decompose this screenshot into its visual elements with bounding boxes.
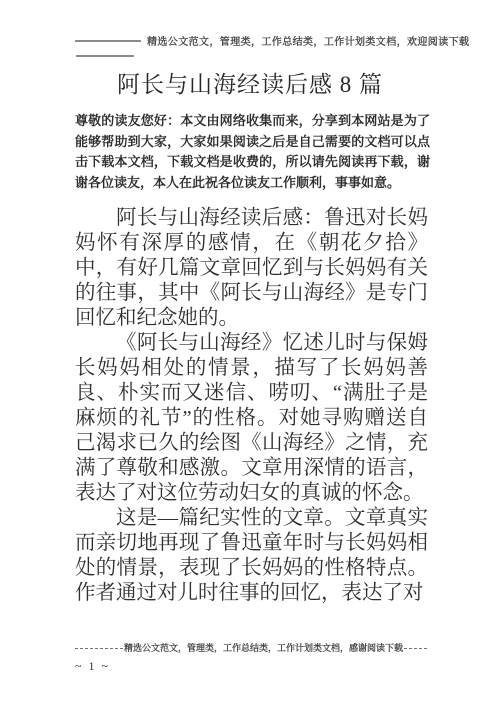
body-paragraph-3: 这是—篇纪实性的文章。文章真实而亲切地再现了鲁迅童年时与长妈妈相处的情景，表现了… [75, 506, 428, 606]
document-page: 精选公文范文，管理类，工作总结类，工作计划类文档，欢迎阅读下载 阿长与山海经读后… [0, 0, 500, 707]
header-text: 精选公文范文，管理类，工作总结类，工作计划类文档，欢迎阅读下载 [147, 33, 469, 48]
header-rule-top [75, 40, 141, 42]
page-number: ~ 1 ~ [75, 659, 427, 674]
document-body: 阿长与山海经读后感：鲁迅对长妈妈怀有深厚的感情，在《朝花夕拾》中，有好几篇文章回… [75, 206, 428, 606]
page-footer: 精选公文范文，管理类，工作总结类，工作计划类文档，感谢阅读下载 ~ 1 ~ [75, 641, 427, 674]
footer-row: 精选公文范文，管理类，工作总结类，工作计划类文档，感谢阅读下载 [75, 641, 427, 654]
footer-text: 精选公文范文，管理类，工作总结类，工作计划类文档，感谢阅读下载 [123, 641, 404, 654]
body-paragraph-1: 阿长与山海经读后感：鲁迅对长妈妈怀有深厚的感情，在《朝花夕拾》中，有好几篇文章回… [75, 206, 428, 331]
intro-note: 尊敬的读友您好：本文由网络收集而来，分享到本网站是为了能够帮助到大家，大家如果阅… [75, 111, 430, 193]
footer-leader-right [404, 648, 427, 649]
body-paragraph-2: 《阿长与山海经》忆述儿时与保姆长妈妈相处的情景，描写了长妈妈善良、朴实而又迷信、… [75, 331, 428, 506]
header-row: 精选公文范文，管理类，工作总结类，工作计划类文档，欢迎阅读下载 [75, 33, 430, 48]
header-rule-bottom [76, 55, 134, 57]
page-header: 精选公文范文，管理类，工作总结类，工作计划类文档，欢迎阅读下载 [75, 33, 430, 57]
footer-leader-left [75, 648, 123, 649]
document-title: 阿长与山海经读后感 8 篇 [0, 66, 500, 99]
